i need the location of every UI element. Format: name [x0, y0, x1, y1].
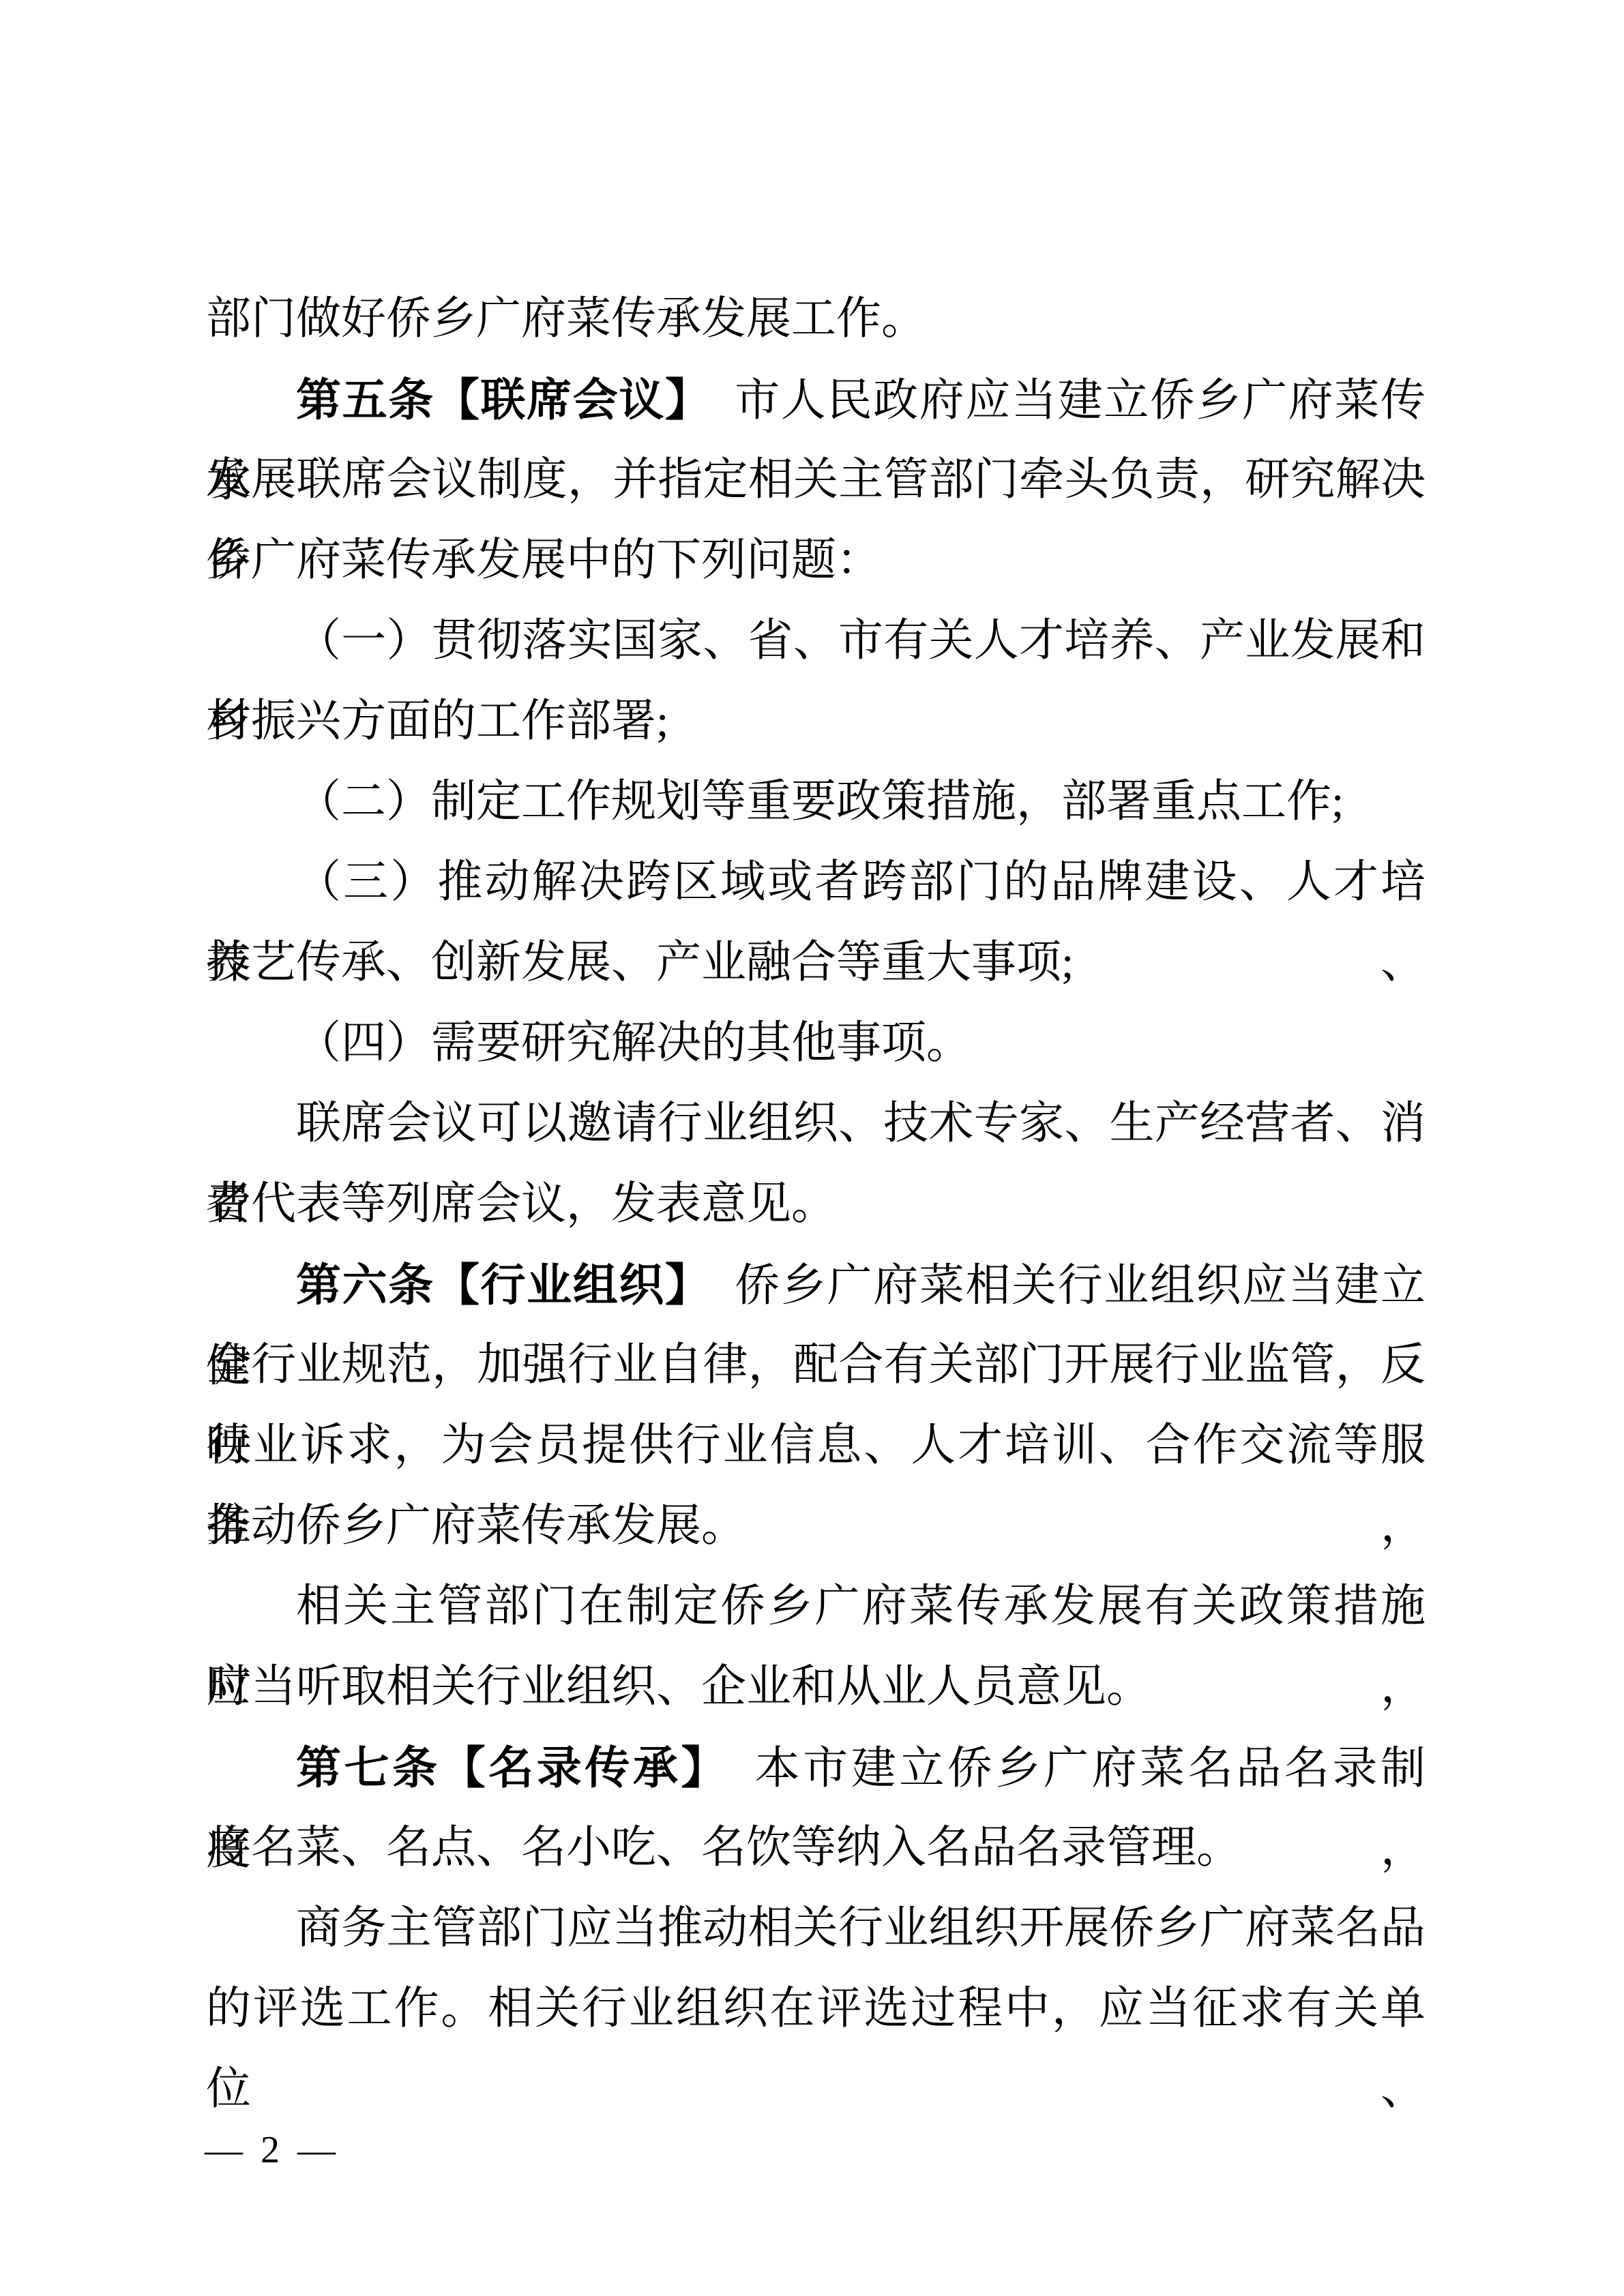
text-line: （一）贯彻落实国家、省、市有关人才培养、产业发展和乡 — [206, 601, 1426, 681]
page-number: — 2 — — [205, 2126, 340, 2174]
text-line: 村振兴方面的工作部署; — [206, 681, 1426, 762]
text-line: 乡广府菜传承发展中的下列问题： — [206, 520, 1426, 601]
text-line: 全行业规范，加强行业自律，配合有关部门开展行业监管，反映 — [206, 1325, 1426, 1405]
text-line: 相关主管部门在制定侨乡广府菜传承发展有关政策措施时， — [206, 1566, 1426, 1647]
body-text-segment: 商务主管部门应当推动相关行业组织开展侨乡广府菜名品 — [296, 1903, 1426, 1953]
article-heading-segment: 第六条【行业组织】 — [296, 1259, 689, 1310]
body-text-segment: （四）需要研究解决的其他事项。 — [296, 1018, 971, 1068]
body-text-segment: 技艺传承、创新发展、产业融合等重大事项; — [206, 938, 1074, 987]
body-text-segment: 村振兴方面的工作部署; — [206, 696, 668, 746]
document-body: 部门做好侨乡广府菜传承发展工作。第五条【联席会议】 市人民政府应当建立侨乡广府菜… — [206, 279, 1426, 2049]
text-line: 的评选工作。相关行业组织在评选过程中，应当征求有关单位、 — [206, 1969, 1426, 2049]
body-text-segment: 部门做好侨乡广府菜传承发展工作。 — [206, 294, 926, 344]
body-text-segment: 推动侨乡广府菜传承发展。 — [206, 1501, 746, 1551]
article-heading-segment: 第七条【名录传承】 — [296, 1742, 707, 1793]
text-line: （三）推动解决跨区域或者跨部门的品牌建设、人才培养、 — [206, 842, 1426, 923]
text-line: 联席会议可以邀请行业组织、技术专家、生产经营者、消费 — [206, 1084, 1426, 1164]
text-line: 商务主管部门应当推动相关行业组织开展侨乡广府菜名品 — [206, 1888, 1426, 1969]
document-page: 部门做好侨乡广府菜传承发展工作。第五条【联席会议】 市人民政府应当建立侨乡广府菜… — [0, 0, 1624, 2296]
text-line: 发展联席会议制度，并指定相关主管部门牵头负责，研究解决侨 — [206, 440, 1426, 520]
text-line: 者代表等列席会议，发表意见。 — [206, 1164, 1426, 1244]
body-text-segment: 将名菜、名点、名小吃、名饮等纳入名品名录管理。 — [206, 1823, 1241, 1873]
text-line: （二）制定工作规划等重要政策措施，部署重点工作; — [206, 762, 1426, 842]
body-text-segment: （二）制定工作规划等重要政策措施，部署重点工作; — [296, 777, 1344, 826]
body-text-segment: 者代表等列席会议，发表意见。 — [206, 1179, 836, 1229]
body-text-segment: 应当听取相关行业组织、企业和从业人员意见。 — [206, 1662, 1151, 1712]
text-line: 部门做好侨乡广府菜传承发展工作。 — [206, 279, 1426, 359]
body-text-segment: 的评选工作。相关行业组织在评选过程中，应当征求有关单位、 — [206, 1984, 1426, 2114]
text-line: 第六条【行业组织】 侨乡广府菜相关行业组织应当建立健 — [206, 1244, 1426, 1325]
text-line: 第五条【联席会议】 市人民政府应当建立侨乡广府菜传承 — [206, 359, 1426, 440]
text-line: 第七条【名录传承】 本市建立侨乡广府菜名品名录制度， — [206, 1727, 1426, 1808]
text-line: 行业诉求，为会员提供行业信息、人才培训、合作交流等服务， — [206, 1405, 1426, 1486]
article-heading-segment: 第五条【联席会议】 — [296, 374, 689, 425]
body-text-segment: 乡广府菜传承发展中的下列问题： — [206, 535, 881, 585]
text-line: （四）需要研究解决的其他事项。 — [206, 1003, 1426, 1084]
